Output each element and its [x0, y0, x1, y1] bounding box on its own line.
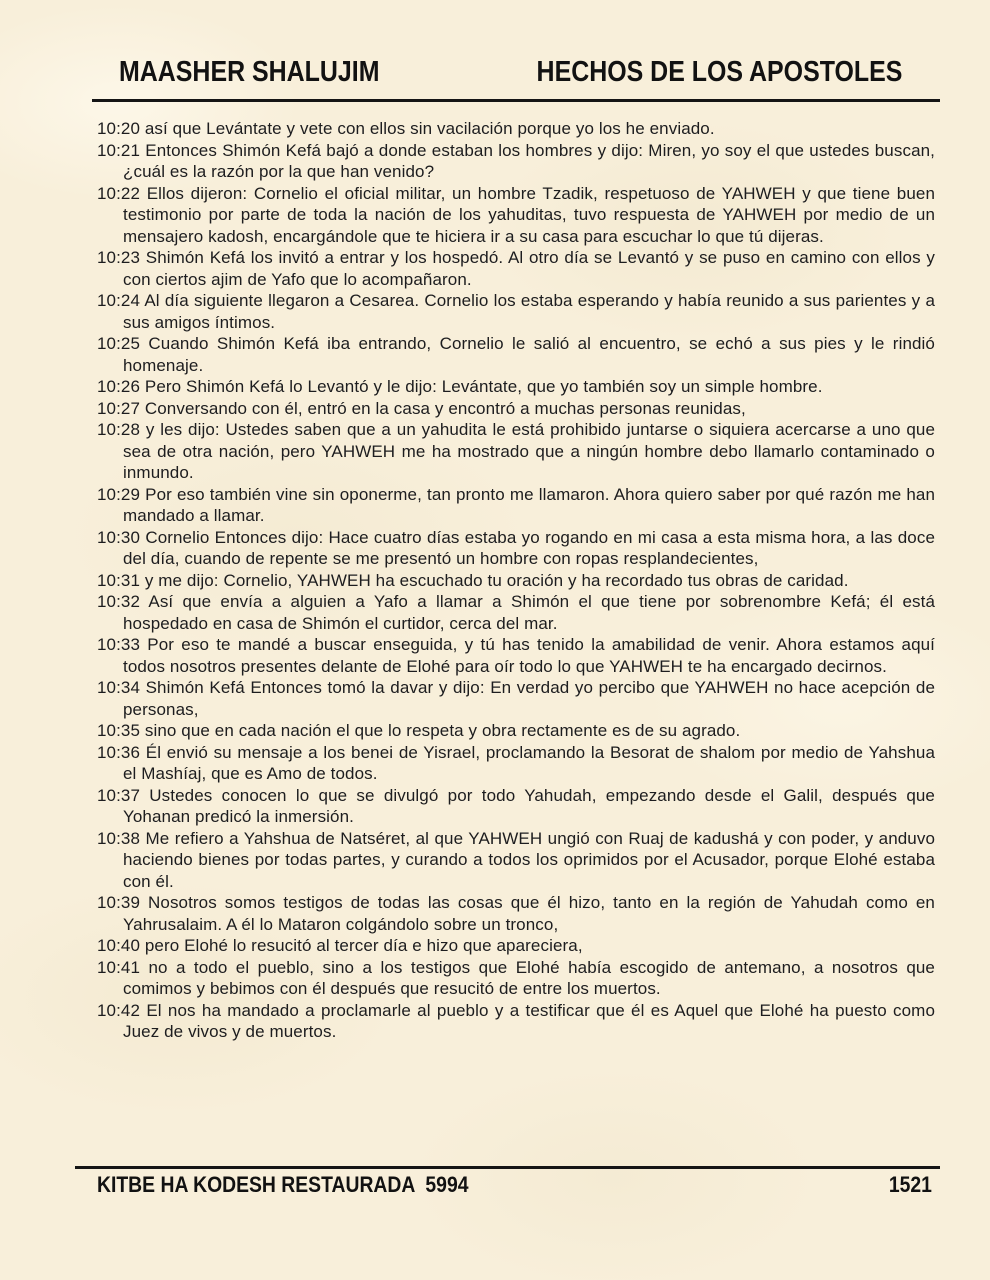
verse-reference: 10:32 — [97, 592, 140, 611]
verse-list: 10:20 así que Levántate y vete con ellos… — [97, 118, 935, 1043]
page-footer: KITBE HA KODESH RESTAURADA 5994 1521 — [97, 1172, 932, 1198]
verse-paragraph: 10:32 Así que envía a alguien a Yafo a l… — [97, 591, 935, 634]
verse-paragraph: 10:34 Shimón Kefá Entonces tomó la davar… — [97, 677, 935, 720]
verse-reference: 10:27 — [97, 399, 140, 418]
verse-reference: 10:28 — [97, 420, 140, 439]
verse-paragraph: 10:28 y les dijo: Ustedes saben que a un… — [97, 419, 935, 484]
scripture-page: MAASHER SHALUJIM HECHOS DE LOS APOSTOLES… — [0, 0, 990, 1280]
verse-text: y les dijo: Ustedes saben que a un yahud… — [123, 420, 935, 482]
verse-paragraph: 10:26 Pero Shimón Kefá lo Levantó y le d… — [97, 376, 935, 398]
verse-reference: 10:26 — [97, 377, 140, 396]
header-title-right: HECHOS DE LOS APOSTOLES — [536, 56, 902, 89]
verse-reference: 10:42 — [97, 1001, 140, 1020]
footer-divider — [75, 1166, 940, 1169]
verse-reference: 10:25 — [97, 334, 140, 353]
verse-reference: 10:20 — [97, 119, 140, 138]
verse-reference: 10:41 — [97, 958, 140, 977]
verse-reference: 10:30 — [97, 528, 140, 547]
verse-text: y me dijo: Cornelio, YAHWEH ha escuchado… — [145, 571, 849, 590]
verse-paragraph: 10:36 Él envió su mensaje a los benei de… — [97, 742, 935, 785]
verse-paragraph: 10:24 Al día siguiente llegaron a Cesare… — [97, 290, 935, 333]
verse-text: Pero Shimón Kefá lo Levantó y le dijo: L… — [145, 377, 823, 396]
verse-paragraph: 10:25 Cuando Shimón Kefá iba entrando, C… — [97, 333, 935, 376]
verse-text: Me refiero a Yahshua de Natséret, al que… — [123, 829, 935, 891]
verse-paragraph: 10:20 así que Levántate y vete con ellos… — [97, 118, 935, 140]
verse-reference: 10:36 — [97, 743, 140, 762]
verse-paragraph: 10:30 Cornelio Entonces dijo: Hace cuatr… — [97, 527, 935, 570]
verse-reference: 10:22 — [97, 184, 140, 203]
verse-text: así que Levántate y vete con ellos sin v… — [145, 119, 715, 138]
verse-text: Conversando con él, entró en la casa y e… — [145, 399, 746, 418]
footer-page-number: 1521 — [889, 1172, 932, 1198]
verse-text: Así que envía a alguien a Yafo a llamar … — [123, 592, 935, 633]
verse-text: Entonces Shimón Kefá bajó a donde estaba… — [123, 141, 935, 182]
verse-text: Al día siguiente llegaron a Cesarea. Cor… — [123, 291, 935, 332]
header-divider — [92, 99, 940, 102]
verse-paragraph: 10:38 Me refiero a Yahshua de Natséret, … — [97, 828, 935, 893]
verse-reference: 10:21 — [97, 141, 140, 160]
verse-reference: 10:23 — [97, 248, 140, 267]
verse-reference: 10:40 — [97, 936, 140, 955]
header-title-left: MAASHER SHALUJIM — [119, 56, 379, 89]
verse-paragraph: 10:37 Ustedes conocen lo que se divulgó … — [97, 785, 935, 828]
verse-text: no a todo el pueblo, sino a los testigos… — [123, 958, 935, 999]
verse-reference: 10:31 — [97, 571, 140, 590]
verse-text: pero Elohé lo resucitó al tercer día e h… — [145, 936, 583, 955]
verse-reference: 10:39 — [97, 893, 140, 912]
verse-paragraph: 10:35 sino que en cada nación el que lo … — [97, 720, 935, 742]
verse-paragraph: 10:33 Por eso te mandé a buscar enseguid… — [97, 634, 935, 677]
verse-text: Por eso te mandé a buscar enseguida, y t… — [123, 635, 935, 676]
verse-text: Shimón Kefá Entonces tomó la davar y dij… — [123, 678, 935, 719]
verse-text: Cuando Shimón Kefá iba entrando, Corneli… — [123, 334, 935, 375]
verse-text: Por eso también vine sin oponerme, tan p… — [123, 485, 935, 526]
verse-reference: 10:33 — [97, 635, 140, 654]
verse-paragraph: 10:22 Ellos dijeron: Cornelio el oficial… — [97, 183, 935, 248]
verse-paragraph: 10:39 Nosotros somos testigos de todas l… — [97, 892, 935, 935]
verse-paragraph: 10:42 El nos ha mandado a proclamarle al… — [97, 1000, 935, 1043]
verse-text: Ustedes conocen lo que se divulgó por to… — [123, 786, 935, 827]
verse-reference: 10:38 — [97, 829, 140, 848]
verse-paragraph: 10:40 pero Elohé lo resucitó al tercer d… — [97, 935, 935, 957]
verse-reference: 10:24 — [97, 291, 140, 310]
verse-paragraph: 10:29 Por eso también vine sin oponerme,… — [97, 484, 935, 527]
verse-paragraph: 10:23 Shimón Kefá los invitó a entrar y … — [97, 247, 935, 290]
verse-reference: 10:29 — [97, 485, 140, 504]
verse-paragraph: 10:41 no a todo el pueblo, sino a los te… — [97, 957, 935, 1000]
verse-text: sino que en cada nación el que lo respet… — [145, 721, 740, 740]
verse-paragraph: 10:27 Conversando con él, entró en la ca… — [97, 398, 935, 420]
footer-edition-title: KITBE HA KODESH RESTAURADA 5994 — [97, 1172, 468, 1198]
verse-text: Shimón Kefá los invitó a entrar y los ho… — [123, 248, 935, 289]
verse-text: Nosotros somos testigos de todas las cos… — [123, 893, 935, 934]
verse-reference: 10:37 — [97, 786, 140, 805]
verse-reference: 10:35 — [97, 721, 140, 740]
verse-text: Él envió su mensaje a los benei de Yisra… — [123, 743, 935, 784]
verse-reference: 10:34 — [97, 678, 140, 697]
verse-text: El nos ha mandado a proclamarle al puebl… — [123, 1001, 935, 1042]
verse-paragraph: 10:21 Entonces Shimón Kefá bajó a donde … — [97, 140, 935, 183]
verse-paragraph: 10:31 y me dijo: Cornelio, YAHWEH ha esc… — [97, 570, 935, 592]
verse-text: Ellos dijeron: Cornelio el oficial milit… — [123, 184, 935, 246]
verse-text: Cornelio Entonces dijo: Hace cuatro días… — [123, 528, 935, 569]
